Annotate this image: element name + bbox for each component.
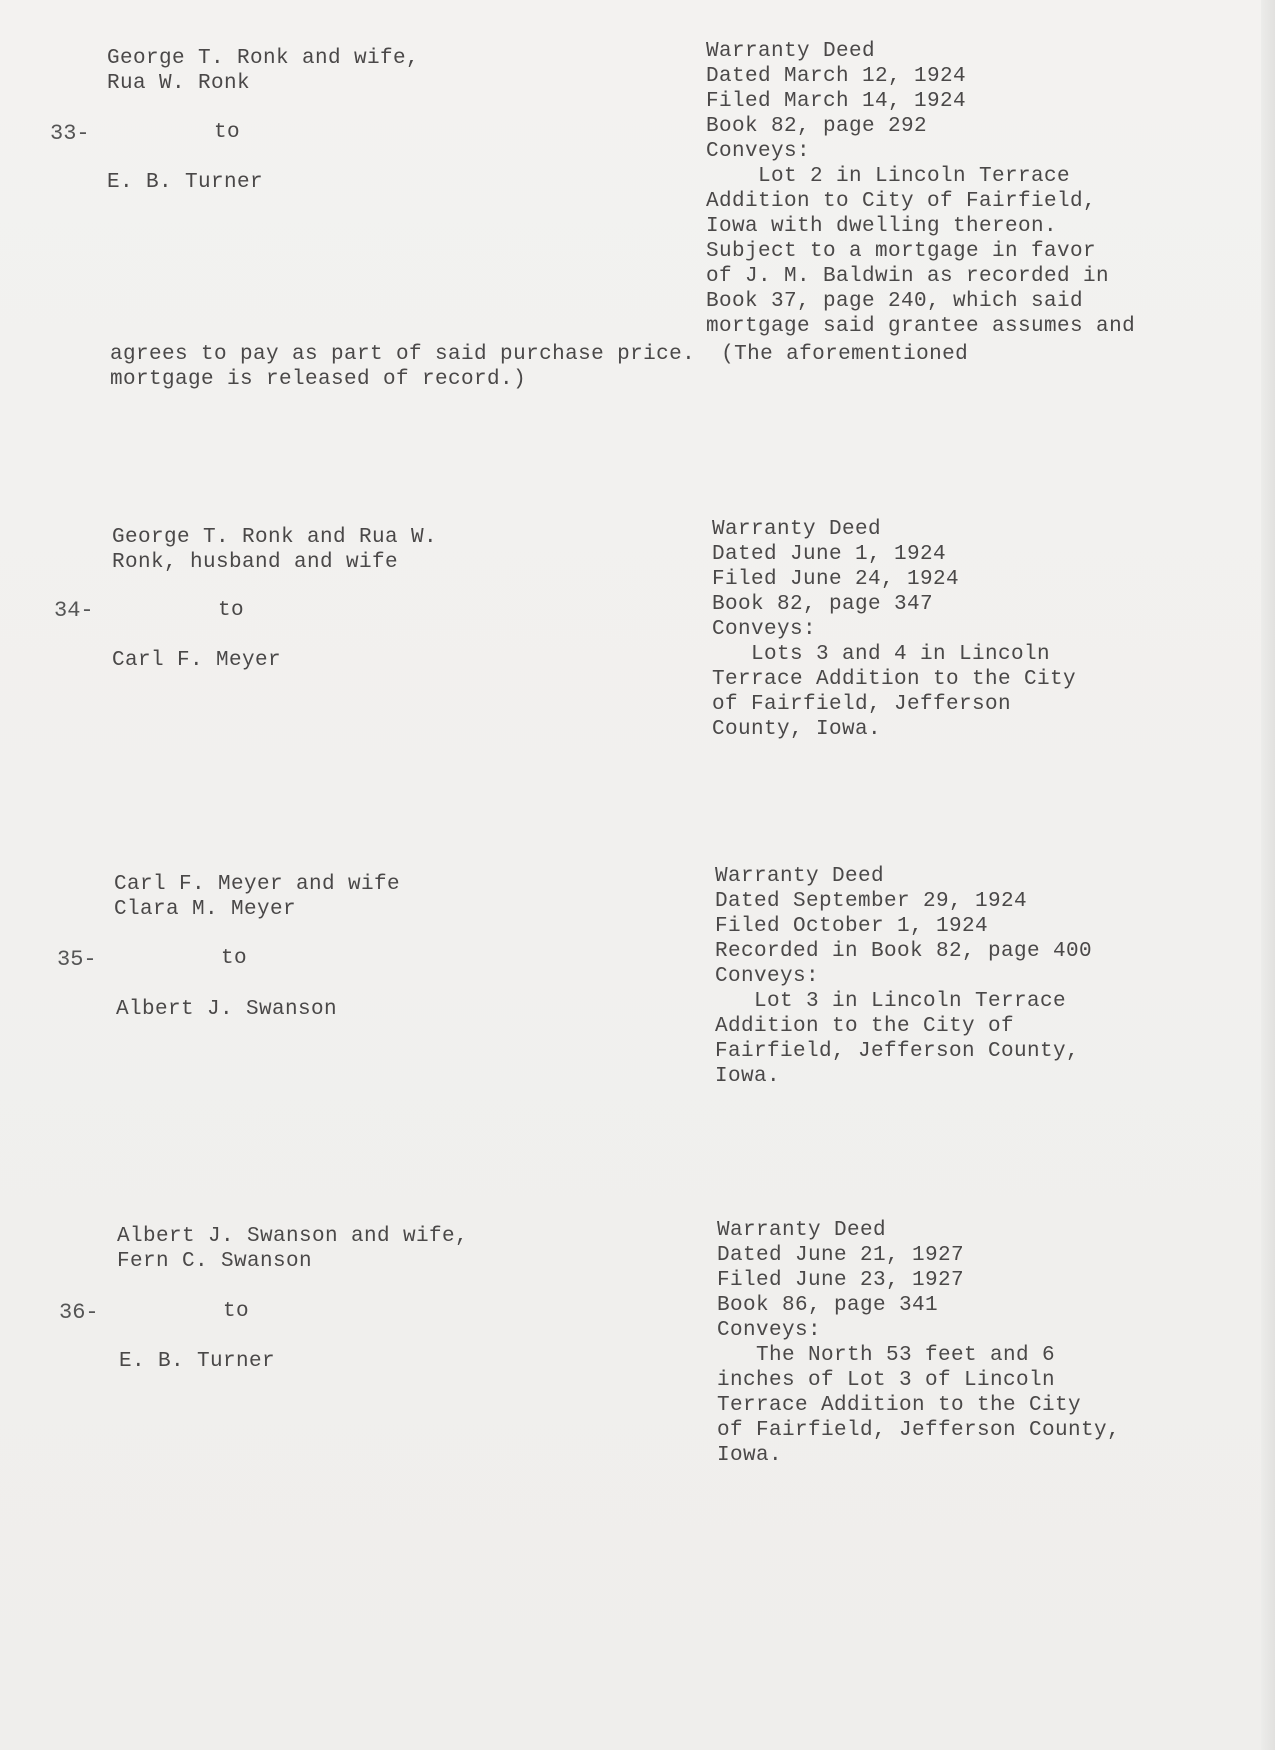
grantee-name: E. B. Turner: [107, 170, 263, 195]
description-line: Iowa.: [715, 1064, 1092, 1089]
description-line: Book 37, page 240, which said: [706, 289, 1135, 314]
description-line: Lot 2 in Lincoln Terrace: [706, 164, 1135, 189]
description-line: County, Iowa.: [712, 717, 1076, 742]
description-line: Terrace Addition to the City: [717, 1393, 1120, 1418]
entry-number: 35-: [57, 947, 97, 972]
conveys-label: Conveys:: [712, 617, 1076, 642]
instrument-type: Warranty Deed: [717, 1218, 1120, 1243]
dated-line: Dated September 29, 1924: [715, 889, 1092, 914]
to-label: to: [221, 946, 247, 971]
conveys-label: Conveys:: [715, 964, 1092, 989]
filed-line: Filed June 24, 1924: [712, 567, 1076, 592]
description-line: Terrace Addition to the City: [712, 667, 1076, 692]
recorded-line: Book 82, page 347: [712, 592, 1076, 617]
description-line: The North 53 feet and 6: [717, 1343, 1120, 1368]
grantee-name: Albert J. Swanson: [116, 997, 337, 1022]
entry-number: 34-: [54, 598, 94, 623]
dated-line: Dated March 12, 1924: [706, 64, 1135, 89]
entry-35-grantor-block: Carl F. Meyer and wife Clara M. Meyer: [114, 872, 400, 922]
continuation-line: agrees to pay as part of said purchase p…: [110, 342, 968, 367]
entry-33-continuation: agrees to pay as part of said purchase p…: [110, 342, 968, 392]
continuation-line: mortgage is released of record.): [110, 367, 968, 392]
filed-line: Filed March 14, 1924: [706, 89, 1135, 114]
grantor-line: Ronk, husband and wife: [112, 550, 437, 575]
dated-line: Dated June 21, 1927: [717, 1243, 1120, 1268]
to-label: to: [218, 598, 244, 623]
conveys-label: Conveys:: [706, 139, 1135, 164]
entry-number: 36-: [59, 1300, 99, 1325]
description-line: of J. M. Baldwin as recorded in: [706, 264, 1135, 289]
instrument-type: Warranty Deed: [712, 517, 1076, 542]
description-line: of Fairfield, Jefferson County,: [717, 1418, 1120, 1443]
typewritten-abstract-page: George T. Ronk and wife, Rua W. Ronk 33-…: [0, 0, 1275, 1750]
entry-33-deed-block: Warranty Deed Dated March 12, 1924 Filed…: [706, 39, 1135, 339]
entry-number: 33-: [50, 121, 90, 146]
grantee-name: E. B. Turner: [119, 1349, 275, 1374]
recorded-line: Book 82, page 292: [706, 114, 1135, 139]
grantor-line: Rua W. Ronk: [107, 71, 419, 96]
description-line: mortgage said grantee assumes and: [706, 314, 1135, 339]
entry-34-grantor-block: George T. Ronk and Rua W. Ronk, husband …: [112, 525, 437, 575]
recorded-line: Book 86, page 341: [717, 1293, 1120, 1318]
page-edge-shadow: [1261, 0, 1275, 1750]
description-line: inches of Lot 3 of Lincoln: [717, 1368, 1120, 1393]
entry-35-deed-block: Warranty Deed Dated September 29, 1924 F…: [715, 864, 1092, 1089]
grantee-name: Carl F. Meyer: [112, 648, 281, 673]
description-line: of Fairfield, Jefferson: [712, 692, 1076, 717]
grantor-line: Carl F. Meyer and wife: [114, 872, 400, 897]
description-line: Lots 3 and 4 in Lincoln: [712, 642, 1076, 667]
entry-36-deed-block: Warranty Deed Dated June 21, 1927 Filed …: [717, 1218, 1120, 1468]
filed-line: Filed October 1, 1924: [715, 914, 1092, 939]
grantor-line: Albert J. Swanson and wife,: [117, 1224, 468, 1249]
description-line: Addition to City of Fairfield,: [706, 189, 1135, 214]
dated-line: Dated June 1, 1924: [712, 542, 1076, 567]
entry-34-deed-block: Warranty Deed Dated June 1, 1924 Filed J…: [712, 517, 1076, 742]
entry-36-grantor-block: Albert J. Swanson and wife, Fern C. Swan…: [117, 1224, 468, 1274]
grantor-line: George T. Ronk and wife,: [107, 46, 419, 71]
instrument-type: Warranty Deed: [715, 864, 1092, 889]
description-line: Iowa with dwelling thereon.: [706, 214, 1135, 239]
description-line: Addition to the City of: [715, 1014, 1092, 1039]
description-line: Lot 3 in Lincoln Terrace: [715, 989, 1092, 1014]
instrument-type: Warranty Deed: [706, 39, 1135, 64]
conveys-label: Conveys:: [717, 1318, 1120, 1343]
recorded-line: Recorded in Book 82, page 400: [715, 939, 1092, 964]
grantor-line: Fern C. Swanson: [117, 1249, 468, 1274]
description-line: Subject to a mortgage in favor: [706, 239, 1135, 264]
to-label: to: [223, 1299, 249, 1324]
filed-line: Filed June 23, 1927: [717, 1268, 1120, 1293]
entry-33-grantor-block: George T. Ronk and wife, Rua W. Ronk: [107, 46, 419, 96]
description-line: Fairfield, Jefferson County,: [715, 1039, 1092, 1064]
to-label: to: [214, 120, 240, 145]
description-line: Iowa.: [717, 1443, 1120, 1468]
grantor-line: George T. Ronk and Rua W.: [112, 525, 437, 550]
grantor-line: Clara M. Meyer: [114, 897, 400, 922]
